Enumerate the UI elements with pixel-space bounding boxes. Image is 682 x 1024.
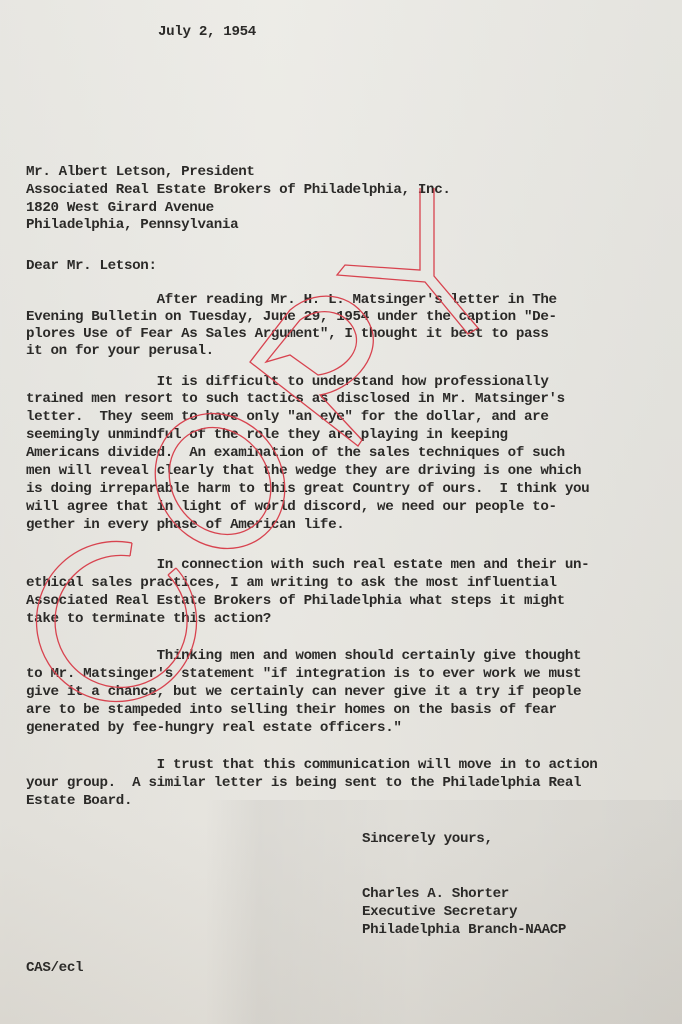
signature-title: Executive Secretary xyxy=(362,904,517,920)
paragraph-2-line: gether in every phase of American life. xyxy=(26,517,344,533)
paragraph-3-line: Associated Real Estate Brokers of Philad… xyxy=(26,593,565,609)
paragraph-1-line: After reading Mr. H. L. Matsinger's lett… xyxy=(26,292,557,308)
signature-organization: Philadelphia Branch-NAACP xyxy=(362,922,566,938)
recipient-line-name: Mr. Albert Letson, President xyxy=(26,164,255,180)
paragraph-3-line: take to terminate this action? xyxy=(26,611,271,627)
letter-page: July 2, 1954 Mr. Albert Letson, Presiden… xyxy=(0,0,682,1024)
signature-name: Charles A. Shorter xyxy=(362,886,509,902)
paragraph-1-line: Evening Bulletin on Tuesday, June 29, 19… xyxy=(26,309,557,325)
recipient-line-street: 1820 West Girard Avenue xyxy=(26,200,214,216)
paragraph-3-line: In connection with such real estate men … xyxy=(26,557,589,573)
paragraph-3-line: ethical sales practices, I am writing to… xyxy=(26,575,557,591)
paragraph-2-line: letter. They seem to have only "an eye" … xyxy=(26,409,549,425)
paragraph-5-line: Estate Board. xyxy=(26,793,132,809)
paragraph-2-line: men will reveal clearly that the wedge t… xyxy=(26,463,581,479)
paragraph-2-line: is doing irreparable harm to this great … xyxy=(26,481,589,497)
paragraph-1-line: it on for your perusal. xyxy=(26,343,214,359)
paragraph-2-line: seemingly unmindful of the role they are… xyxy=(26,427,508,443)
paragraph-4-line: give it a chance, but we certainly can n… xyxy=(26,684,581,700)
paragraph-1-line: plores Use of Fear As Sales Argument", I… xyxy=(26,326,549,342)
paragraph-2-line: It is difficult to understand how profes… xyxy=(26,374,549,390)
paragraph-2-line: Americans divided. An examination of the… xyxy=(26,445,565,461)
paragraph-5-line: I trust that this communication will mov… xyxy=(26,757,597,773)
salutation: Dear Mr. Letson: xyxy=(26,258,157,274)
paragraph-4-line: Thinking men and women should certainly … xyxy=(26,648,581,664)
paragraph-5-line: your group. A similar letter is being se… xyxy=(26,775,581,791)
reference-initials: CAS/ecl xyxy=(26,960,83,976)
paragraph-2-line: will agree that in light of world discor… xyxy=(26,499,557,515)
recipient-line-city: Philadelphia, Pennsylvania xyxy=(26,217,238,233)
paragraph-4-line: generated by fee-hungry real estate offi… xyxy=(26,720,402,736)
paragraph-2-line: trained men resort to such tactics as di… xyxy=(26,391,565,407)
page-shadow xyxy=(0,800,682,1024)
closing: Sincerely yours, xyxy=(362,831,493,847)
paragraph-4-line: are to be stampeded into selling their h… xyxy=(26,702,557,718)
recipient-line-organization: Associated Real Estate Brokers of Philad… xyxy=(26,182,451,198)
letter-date: July 2, 1954 xyxy=(158,24,256,40)
paragraph-4-line: to Mr. Matsinger's statement "if integra… xyxy=(26,666,581,682)
